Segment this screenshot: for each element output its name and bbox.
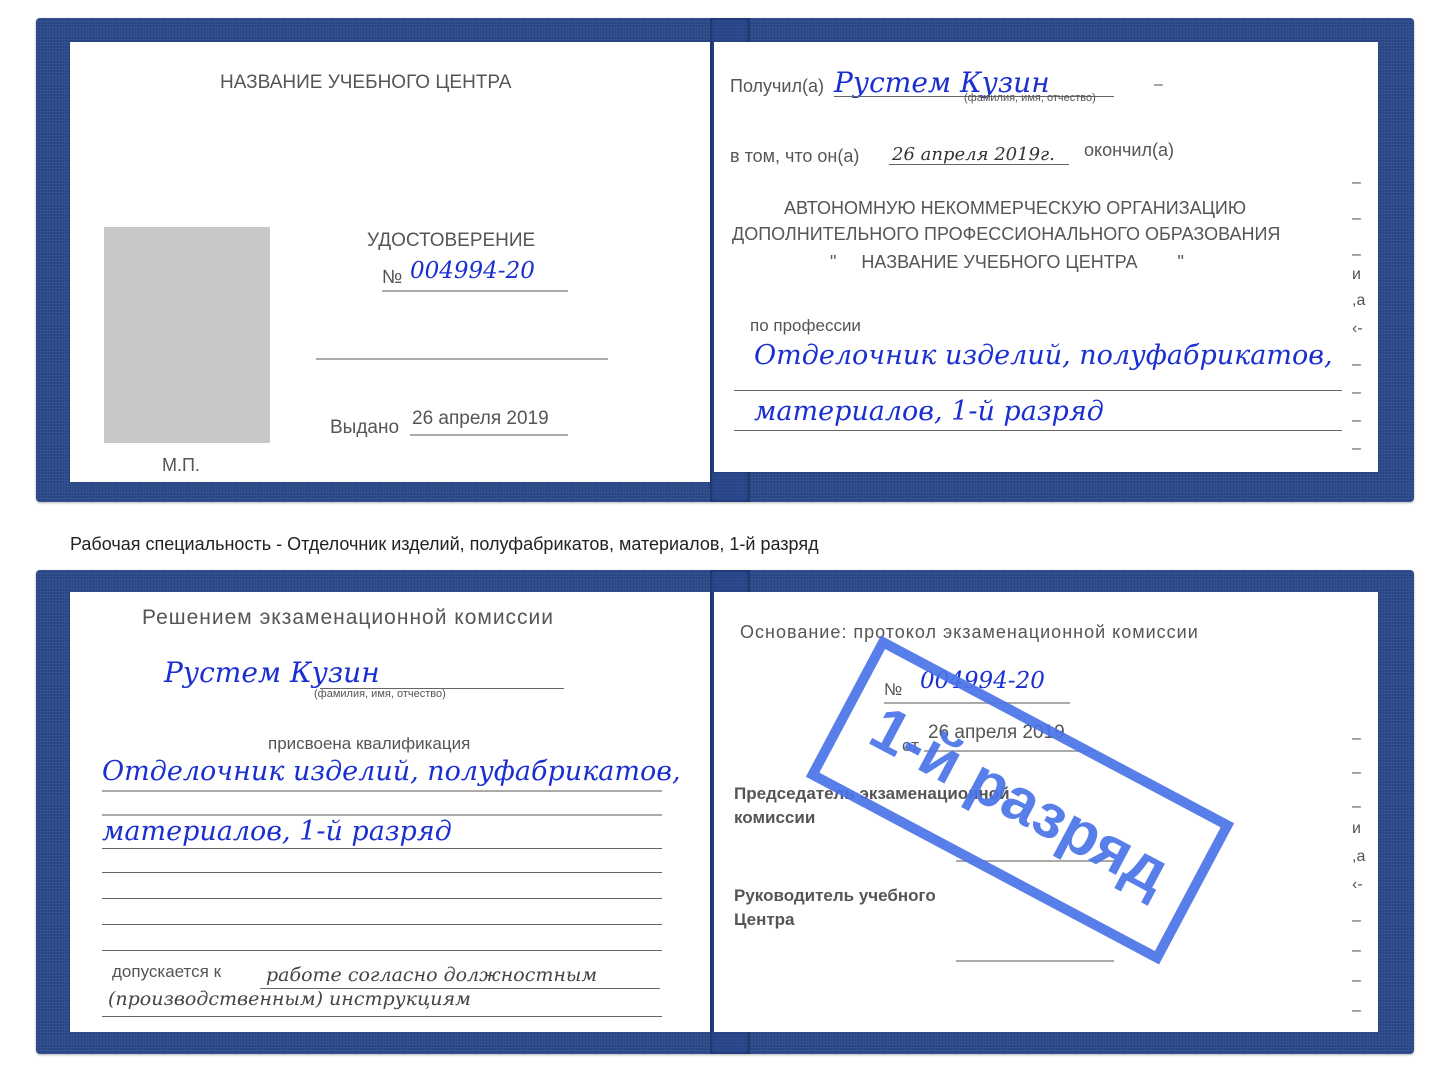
org-line-2: ДОПОЛНИТЕЛЬНОГО ПРОФЕССИОНАЛЬНОГО ОБРАЗО… xyxy=(732,224,1280,245)
recipient-name: Рустем Кузин xyxy=(164,656,380,689)
issued-label: Выдано xyxy=(330,417,399,439)
qualification-line-1: Отделочник изделий, полуфабрикатов, xyxy=(102,756,681,787)
edge-mark: – xyxy=(1352,764,1361,782)
edge-mark: – xyxy=(1352,730,1361,748)
admitted-line-1: работе согласно должностным xyxy=(266,964,597,986)
fio-hint: (фамилия, имя, отчество) xyxy=(964,92,1096,104)
ruled-line xyxy=(102,924,662,925)
edge-mark: и xyxy=(1352,820,1361,838)
edge-mark: – xyxy=(1352,412,1361,430)
in-that-date: 26 апреля 2019г. xyxy=(892,144,1055,165)
ruled-line xyxy=(102,848,662,849)
chairman-label-2: комиссии xyxy=(734,808,815,828)
admitted-underline-2 xyxy=(102,1016,662,1017)
edge-mark: – xyxy=(1352,210,1361,228)
head-label-2: Центра xyxy=(734,910,795,930)
qualification-line-2: материалов, 1-й разряд xyxy=(102,816,452,847)
dash-mark: – xyxy=(1154,76,1163,94)
certificate-page-bottom-left: Решением экзаменационной комиссии Рустем… xyxy=(70,592,710,1032)
edge-mark: – xyxy=(1352,174,1361,192)
edge-mark: – xyxy=(1352,384,1361,402)
edge-mark: – xyxy=(1352,356,1361,374)
signature-line xyxy=(316,358,608,360)
head-signature-line xyxy=(956,960,1114,962)
photo-placeholder xyxy=(104,227,270,443)
specialty-caption: Рабочая специальность - Отделочник издел… xyxy=(70,534,819,555)
issued-value: 26 апреля 2019 xyxy=(412,408,549,430)
ruled-line xyxy=(102,898,662,899)
edge-mark: – xyxy=(1352,440,1361,458)
profession-line-2: материалов, 1-й разряд xyxy=(754,396,1104,427)
admitted-line-2: (производственным) инструкциям xyxy=(108,988,471,1010)
edge-mark: – xyxy=(1352,1002,1361,1020)
certificate-page-top-right: Получил(а) Рустем Кузин – (фамилия, имя,… xyxy=(714,42,1378,472)
number-underline xyxy=(382,290,568,292)
stamp-place-label: М.П. xyxy=(162,455,200,476)
received-label: Получил(а) xyxy=(730,76,824,97)
fio-hint: (фамилия, имя, отчество) xyxy=(314,688,446,700)
head-label-1: Руководитель учебного xyxy=(734,886,936,906)
qualification-label: присвоена квалификация xyxy=(268,734,470,754)
commission-title: Решением экзаменационной комиссии xyxy=(142,606,554,630)
number-label: № xyxy=(382,267,402,289)
edge-mark: ,а xyxy=(1352,848,1365,866)
in-that-label: в том, что он(а) xyxy=(730,146,859,167)
finished-label: окончил(а) xyxy=(1084,140,1174,161)
doc-title: УДОСТОВЕРЕНИЕ xyxy=(367,230,535,252)
org-line-1: АВТОНОМНУЮ НЕКОММЕРЧЕСКУЮ ОРГАНИЗАЦИЮ xyxy=(784,198,1246,219)
ruled-line xyxy=(102,950,662,951)
edge-mark: – xyxy=(1352,942,1361,960)
profession-label: по профессии xyxy=(750,316,861,336)
basis-label: Основание: протокол экзаменационной коми… xyxy=(740,622,1199,643)
edge-mark: – xyxy=(1352,246,1361,264)
edge-mark: ‹- xyxy=(1352,320,1363,338)
center-name: НАЗВАНИЕ УЧЕБНОГО ЦЕНТРА xyxy=(220,72,512,94)
profession-line-1: Отделочник изделий, полуфабрикатов, xyxy=(754,340,1333,371)
edge-mark: ‹- xyxy=(1352,876,1363,894)
edge-mark: – xyxy=(1352,972,1361,990)
edge-mark: ,а xyxy=(1352,292,1365,310)
date-underline xyxy=(889,164,1069,165)
profession-underline-1 xyxy=(734,390,1342,391)
issued-underline xyxy=(410,434,568,436)
qualification-underline-1 xyxy=(102,790,662,792)
certificate-page-top-left: НАЗВАНИЕ УЧЕБНОГО ЦЕНТРА УДОСТОВЕРЕНИЕ №… xyxy=(70,42,710,482)
edge-mark: – xyxy=(1352,912,1361,930)
edge-mark: – xyxy=(1352,798,1361,816)
org-line-3: " НАЗВАНИЕ УЧЕБНОГО ЦЕНТРА " xyxy=(830,252,1184,273)
admitted-label: допускается к xyxy=(112,962,221,982)
ruled-line xyxy=(102,872,662,873)
profession-underline-2 xyxy=(734,430,1342,431)
number-value: 004994-20 xyxy=(410,258,535,284)
edge-mark: и xyxy=(1352,266,1361,284)
